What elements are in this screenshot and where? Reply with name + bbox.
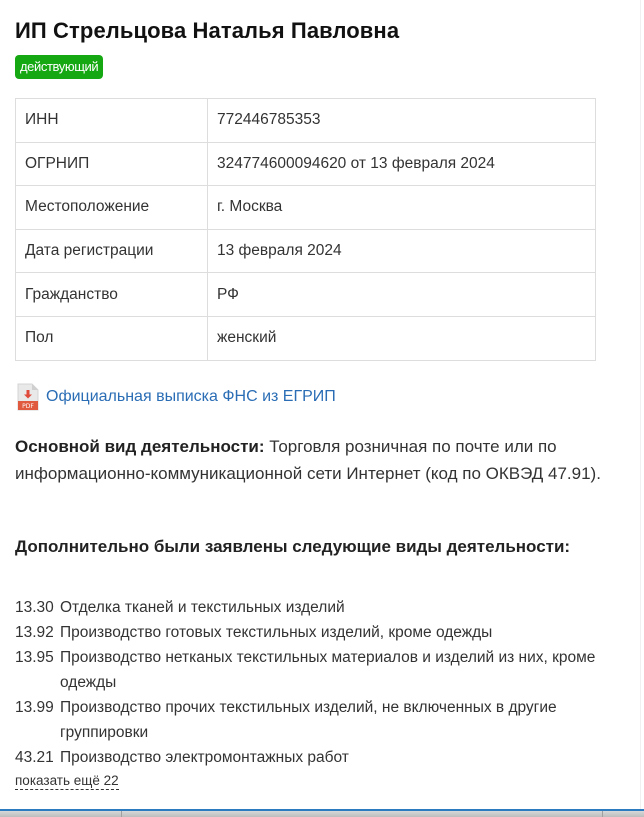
info-table: ИНН 772446785353 ОГРНИП 324774600094620 … <box>15 98 596 361</box>
main-activity: Основной вид деятельности: Торговля розн… <box>15 433 615 487</box>
egrip-extract-link-label[interactable]: Официальная выписка ФНС из ЕГРИП <box>46 388 336 406</box>
row-label: ОГРНИП <box>16 142 208 186</box>
row-value: РФ <box>208 273 596 317</box>
list-item: 13.92Производство готовых текстильных из… <box>15 620 615 645</box>
pdf-file-icon: PDF <box>17 383 39 411</box>
row-value: 324774600094620 от 13 февраля 2024 <box>208 142 596 186</box>
table-row-inn: ИНН 772446785353 <box>16 99 596 143</box>
list-item: 13.95Производство нетканых текстильных м… <box>15 645 615 695</box>
activity-code: 13.30 <box>15 595 60 620</box>
row-label: Пол <box>16 316 208 360</box>
table-row-citizenship: Гражданство РФ <box>16 273 596 317</box>
activity-code: 43.21 <box>15 745 60 770</box>
activity-name: Производство готовых текстильных изделий… <box>60 624 492 641</box>
row-value: женский <box>208 316 596 360</box>
activity-name: Отделка тканей и текстильных изделий <box>60 599 345 616</box>
table-row-gender: Пол женский <box>16 316 596 360</box>
activity-name: Производство прочих текстильных изделий,… <box>60 699 557 741</box>
page-edge-divider <box>640 0 641 812</box>
row-label: ИНН <box>16 99 208 143</box>
panel-separator <box>602 811 603 817</box>
table-row-location: Местоположение г. Москва <box>16 186 596 230</box>
table-row-ogrnip: ОГРНИП 324774600094620 от 13 февраля 202… <box>16 142 596 186</box>
status-badge: действующий <box>15 55 103 79</box>
additional-activities-heading: Дополнительно были заявлены следующие ви… <box>15 533 615 560</box>
list-item: 13.30Отделка тканей и текстильных издели… <box>15 595 615 620</box>
panel-separator <box>121 811 122 817</box>
list-item: 43.21Производство электромонтажных работ <box>15 745 615 770</box>
activity-name: Производство нетканых текстильных матери… <box>60 649 595 691</box>
row-value: 772446785353 <box>208 99 596 143</box>
row-value: 13 февраля 2024 <box>208 229 596 273</box>
table-row-registration-date: Дата регистрации 13 февраля 2024 <box>16 229 596 273</box>
row-label: Местоположение <box>16 186 208 230</box>
svg-text:PDF: PDF <box>22 403 34 410</box>
row-label: Дата регистрации <box>16 229 208 273</box>
additional-activities-list: 13.30Отделка тканей и текстильных издели… <box>15 595 615 770</box>
activity-code: 13.99 <box>15 695 60 720</box>
activity-code: 13.95 <box>15 645 60 670</box>
page-title: ИП Стрельцова Наталья Павловна <box>15 18 399 44</box>
list-item: 13.99Производство прочих текстильных изд… <box>15 695 615 745</box>
row-value: г. Москва <box>208 186 596 230</box>
show-more-link[interactable]: показать ещё 22 <box>15 773 119 790</box>
egrip-extract-link[interactable]: PDF Официальная выписка ФНС из ЕГРИП <box>17 383 336 411</box>
activity-name: Производство электромонтажных работ <box>60 749 349 766</box>
bottom-panel-edge <box>0 809 644 817</box>
main-activity-label: Основной вид деятельности: <box>15 437 265 456</box>
activity-code: 13.92 <box>15 620 60 645</box>
row-label: Гражданство <box>16 273 208 317</box>
